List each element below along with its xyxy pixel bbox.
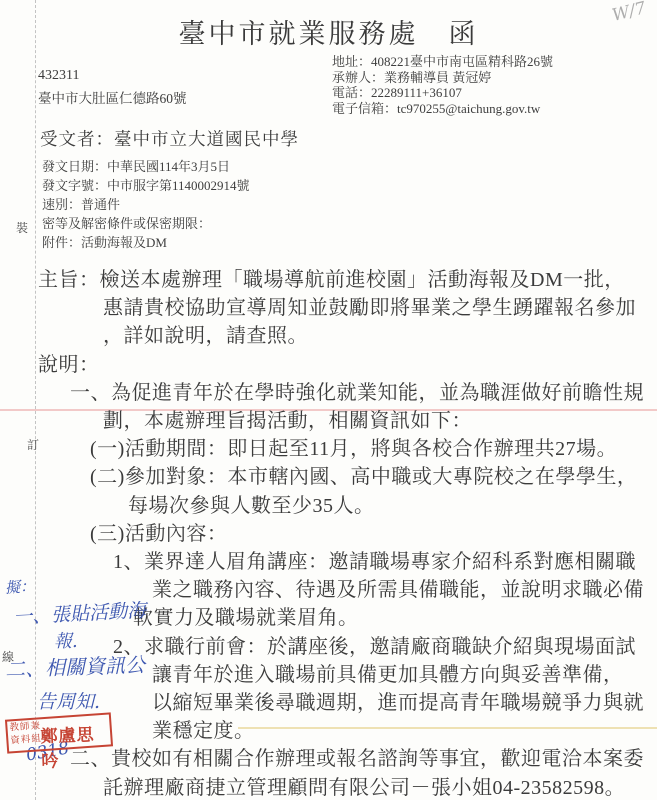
meta-attachment: 附件：活動海報及DM [42,232,167,251]
body-line: 業穩定度。 [152,714,255,743]
body-line: 1、業界達人眉角講座：邀請職場專家介紹科系對應相關職 [113,545,636,574]
meta-classification: 密等及解密條件或保密期限： [42,213,211,232]
meta-speed: 速別：普通件 [42,194,120,213]
meta-issue-date: 發文日期：中華民國114年3月5日 [42,156,230,175]
body-line: 軟實力及職場就業眉角。 [133,601,359,630]
binding-mark-zhuang: 裝 [16,219,28,236]
recipient-line: 受文者：臺中市立大道國民中學 [40,126,299,151]
body-line: 讓青年於進入職場前具備更加具體方向與妥善準備， [152,658,624,687]
contact-email: 電子信箱：tc970255@taichung.gov.tw [332,101,553,117]
body-line: 二、貴校如有相關合作辦理或報名諮詢等事宜，歡迎電洽本案委 [70,742,644,771]
body-line: 劃，本處辦理旨揭活動，相關資訊如下： [103,404,472,433]
red-name-stamp: 教師兼 資料組長 鄭盧思吟 [5,712,113,753]
body-line: (一)活動期間：即日起至11月，將與各校合作辦理共27場。 [90,432,617,461]
contact-officer: 承辦人：業務輔導員 黃冠婷 [332,70,553,86]
body-line: 主旨：檢送本處辦理「職場導航前進校園」活動海報及DM一批， [38,263,625,292]
body-line: 惠請貴校協助宣導周知並鼓勵即將畢業之學生踴躍報名參加 [103,291,636,320]
body-line: 一、為促進青年於在學時強化就業知能，並為職涯做好前瞻性規 [70,376,644,405]
body-line: 說明： [38,348,100,377]
body-line: (二)參加對象：本市轄內國、高中職或大專院校之在學學生， [90,460,637,489]
body-line: ，詳如說明，請查照。 [103,319,308,348]
body-line: 託辦理廠商捷立管理顧問有限公司－張小姐04-23582598。 [103,771,625,800]
contact-block: 地址：408221臺中市南屯區精科路26號 承辦人：業務輔導員 黃冠婷 電話：2… [332,54,553,116]
handwritten-note-ni: 擬： [4,575,35,598]
postal-code: 432311 [38,68,79,84]
body-line: 2、求職行前會：於講座後，邀請廠商職缺介紹與現場面試 [113,630,636,659]
meta-doc-number: 發文字號：中市服字第1140002914號 [42,175,250,194]
handwritten-note-item2-cont: 告周知. [37,687,100,714]
handwritten-note-item1-cont: 報. [54,627,78,653]
body-line: 以縮短畢業後尋職週期，進而提高青年職場競爭力與就 [152,686,644,715]
body-line: 業之職務內容、待遇及所需具備職能，並說明求職必備 [152,573,644,602]
scanned-official-letter: 裝 訂 線 W/7 臺中市就業服務處 函 地址：408221臺中市南屯區精科路2… [0,0,657,800]
scan-artifact-yellow-line [238,727,657,729]
document-title: 臺中市就業服務處 函 [0,12,657,51]
contact-phone: 電話：22289111+36107 [332,85,553,101]
handwritten-note-item2: 二、相關資訊公 [5,649,146,683]
body-line: 每場次參與人數至少35人。 [128,489,375,518]
binding-mark-ding: 訂 [27,436,39,453]
stamp-name: 鄭盧思吟 [40,720,112,772]
contact-address: 地址：408221臺中市南屯區精科路26號 [332,54,553,70]
recipient-address: 臺中市大肚區仁德路60號 [38,87,187,107]
body-line: (三)活動內容： [90,517,227,546]
handwritten-note-item1: 一、張貼活動海 [12,596,146,630]
